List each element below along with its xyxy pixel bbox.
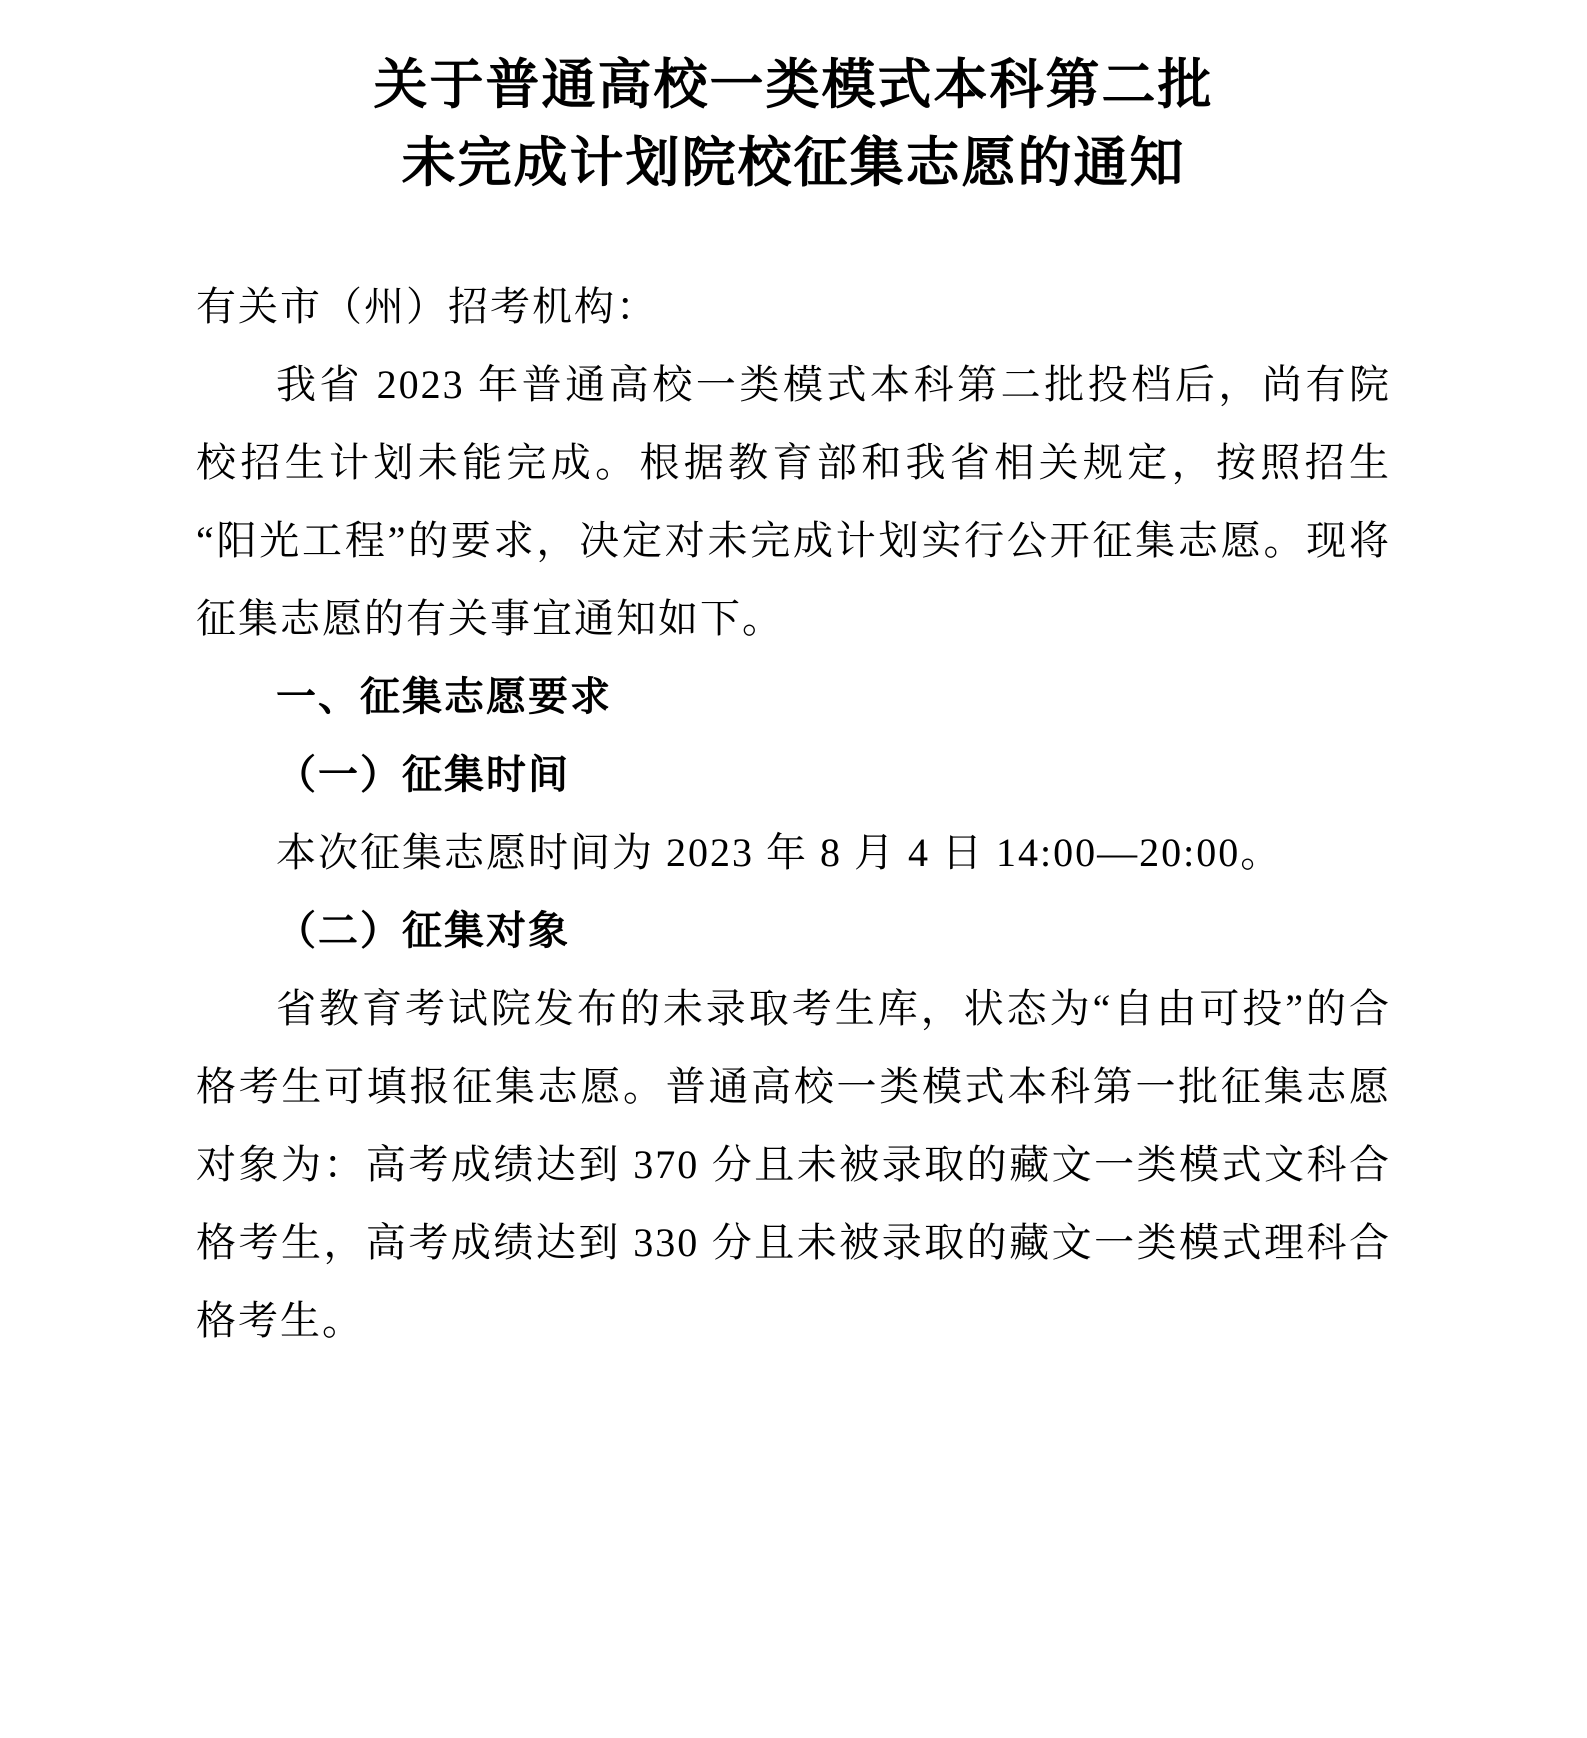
sub2-paragraph: 省教育考试院发布的未录取考生库，状态为“自由可投”的合格考生可填报征集志愿。普通…	[196, 970, 1391, 1360]
document-title: 关于普通高校一类模式本科第二批 未完成计划院校征集志愿的通知	[196, 46, 1391, 202]
sub1-heading: （一）征集时间	[196, 736, 1391, 814]
document-page: 关于普通高校一类模式本科第二批 未完成计划院校征集志愿的通知 有关市（州）招考机…	[0, 0, 1587, 1738]
section1-heading: 一、征集志愿要求	[196, 658, 1391, 736]
intro-paragraph: 我省 2023 年普通高校一类模式本科第二批投档后，尚有院校招生计划未能完成。根…	[196, 346, 1391, 658]
document-title-line-1: 关于普通高校一类模式本科第二批	[374, 55, 1214, 115]
sub1-paragraph: 本次征集志愿时间为 2023 年 8 月 4 日 14:00—20:00。	[196, 814, 1391, 892]
sub2-heading: （二）征集对象	[196, 892, 1391, 970]
salutation: 有关市（州）招考机构：	[196, 268, 1391, 346]
document-body: 有关市（州）招考机构： 我省 2023 年普通高校一类模式本科第二批投档后，尚有…	[196, 268, 1391, 1360]
document-title-line-2: 未完成计划院校征集志愿的通知	[402, 133, 1186, 193]
